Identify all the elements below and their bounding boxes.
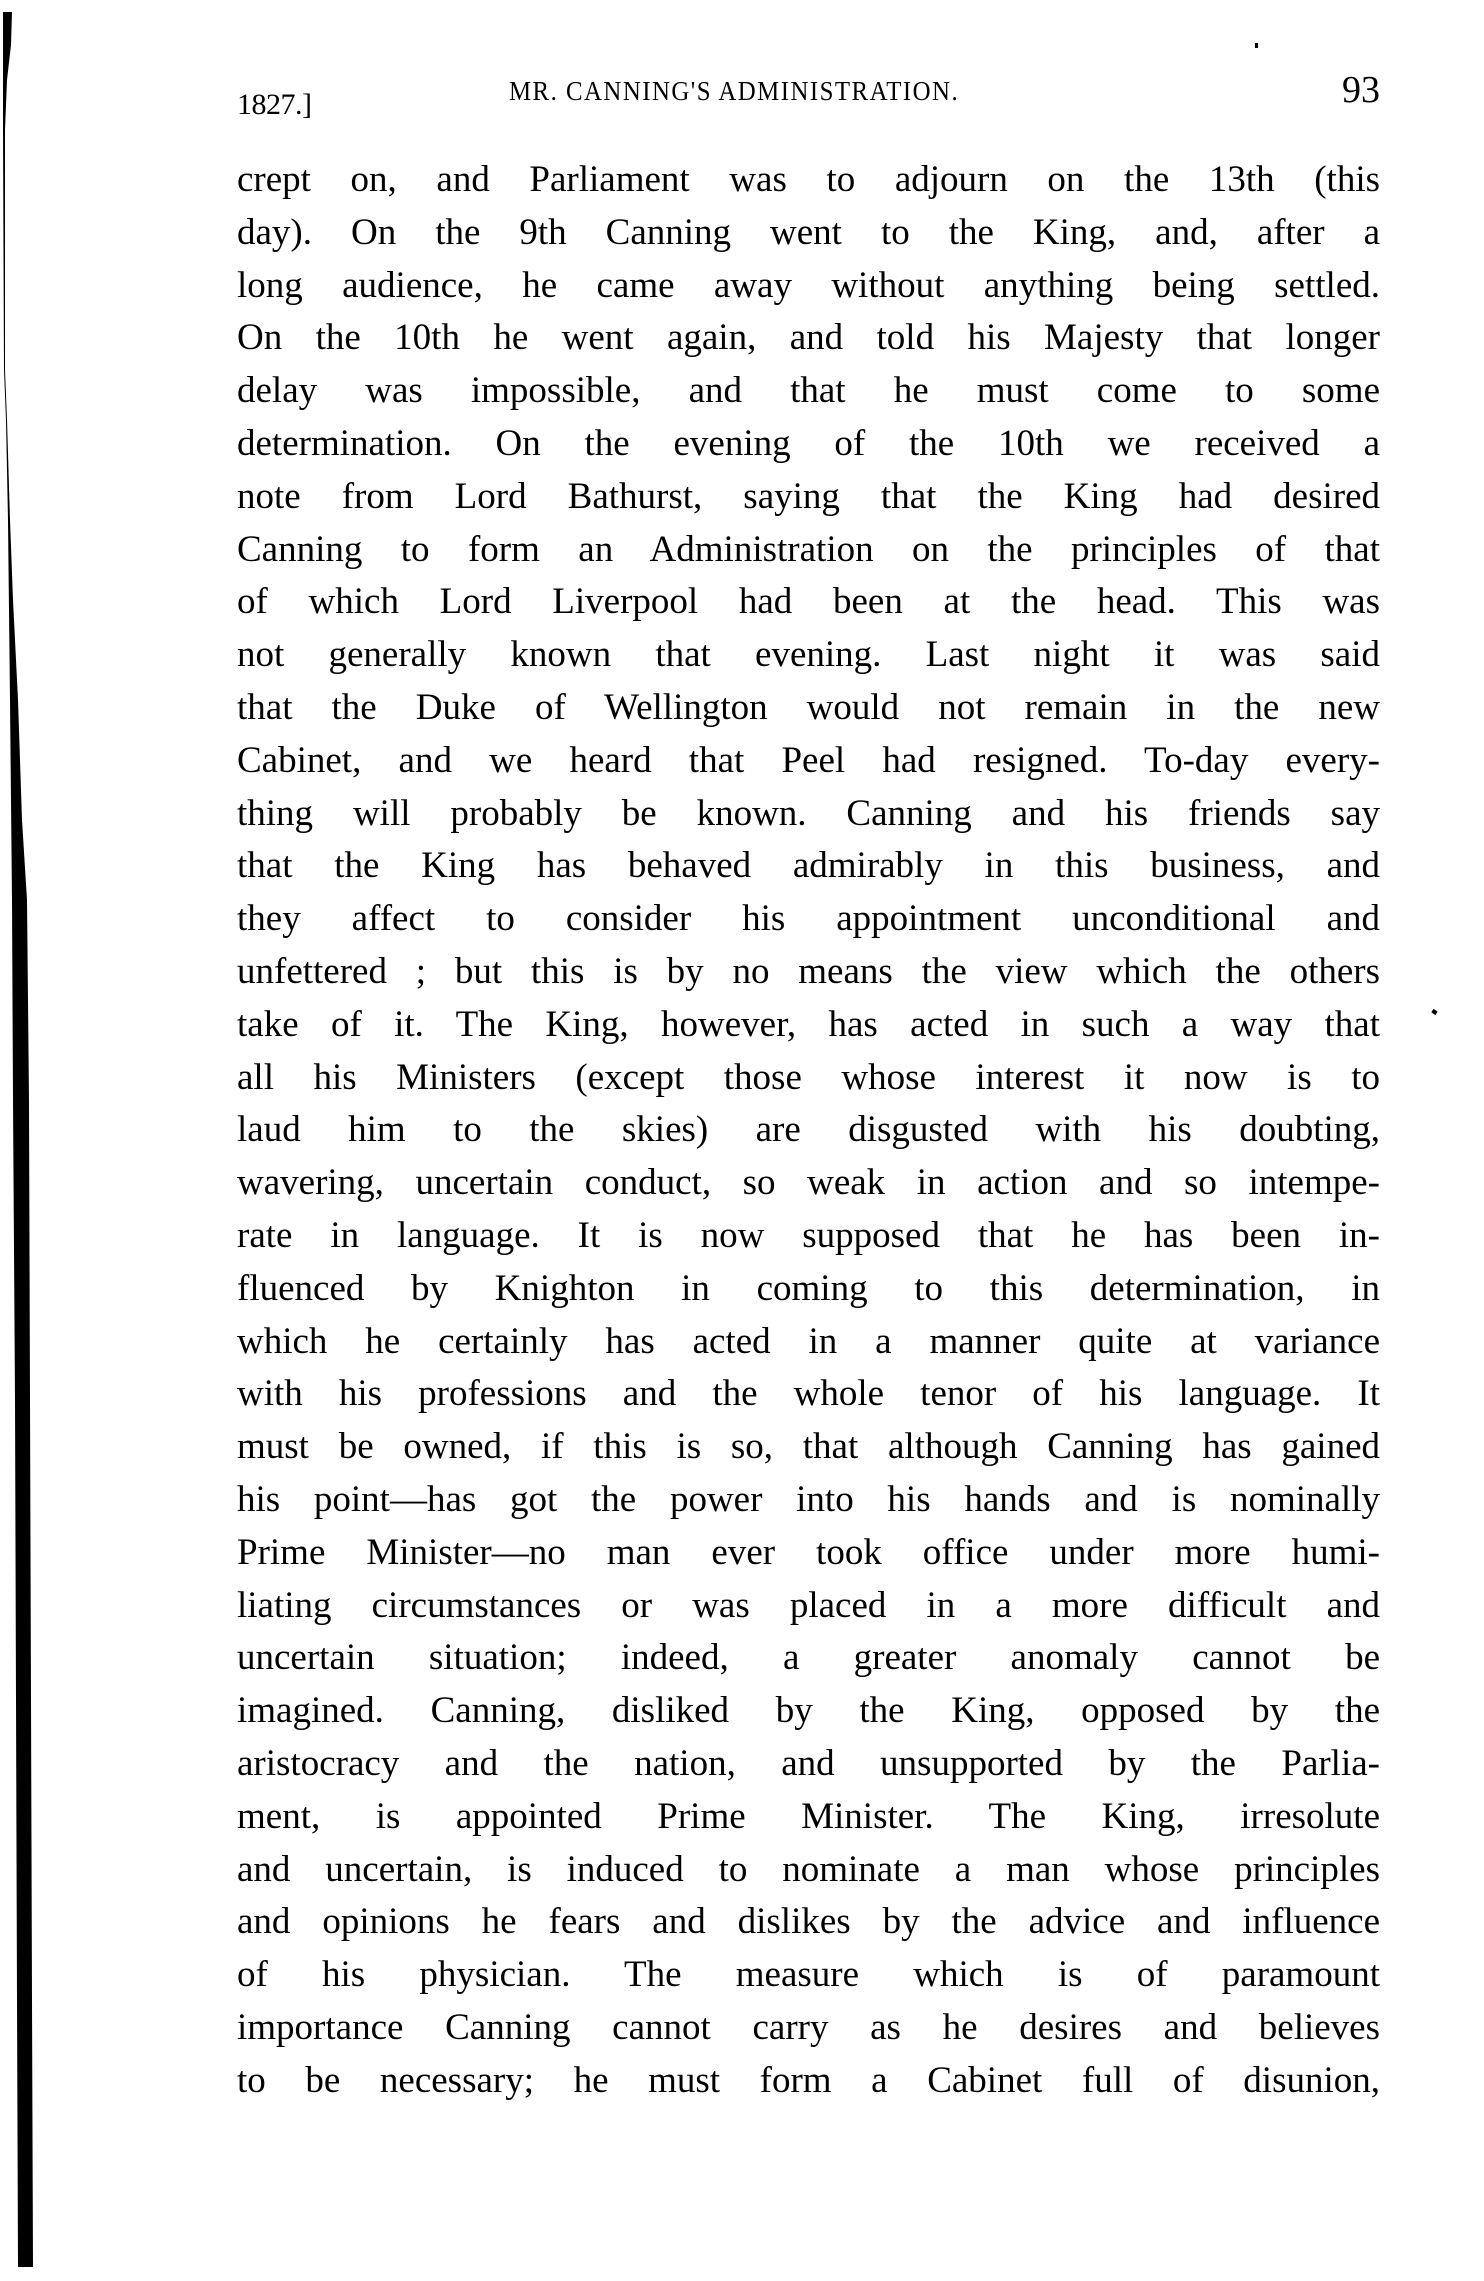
text-line: fluenced by Knighton in coming to this d… (237, 1263, 1380, 1316)
text-line: must be owned, if this is so, that altho… (237, 1421, 1380, 1474)
text-line: On the 10th he went again, and told his … (237, 312, 1380, 365)
text-line: Cabinet, and we heard that Peel had resi… (237, 735, 1380, 788)
text-line: to be necessary; he must form a Cabinet … (237, 2055, 1380, 2108)
text-line: delay was impossible, and that he must c… (237, 365, 1380, 418)
text-line: and opinions he fears and dislikes by th… (237, 1896, 1380, 1949)
text-line: laud him to the skies) are disgusted wit… (237, 1104, 1380, 1157)
running-head-year: 1827.] (237, 88, 312, 122)
text-line: not generally known that evening. Last n… (237, 629, 1380, 682)
running-head: 1827.] MR. CANNING'S ADMINISTRATION. 93 (237, 62, 1380, 132)
text-line: his point—has got the power into his han… (237, 1474, 1380, 1527)
text-line: day). On the 9th Canning went to the Kin… (237, 207, 1380, 260)
text-line: determination. On the evening of the 10t… (237, 418, 1380, 471)
page-binding-edge (0, 0, 40, 2281)
text-line: ment, is appointed Prime Minister. The K… (237, 1791, 1380, 1844)
text-line: uncertain situation; indeed, a greater a… (237, 1632, 1380, 1685)
text-line: liating circumstances or was placed in a… (237, 1580, 1380, 1633)
text-line: crept on, and Parliament was to adjourn … (237, 154, 1380, 207)
text-line: imagined. Canning, disliked by the King,… (237, 1685, 1380, 1738)
scan-speck (1431, 1009, 1437, 1015)
text-line: rate in language. It is now supposed tha… (237, 1210, 1380, 1263)
text-line: take of it. The King, however, has acted… (237, 999, 1380, 1052)
page-number: 93 (1342, 68, 1380, 112)
text-line: importance Canning cannot carry as he de… (237, 2002, 1380, 2055)
text-line: aristocracy and the nation, and unsuppor… (237, 1738, 1380, 1791)
text-line: which he certainly has acted in a manner… (237, 1316, 1380, 1369)
text-line: and uncertain, is induced to nominate a … (237, 1844, 1380, 1897)
text-line: wavering, uncertain conduct, so weak in … (237, 1157, 1380, 1210)
text-line: that the King has behaved admirably in t… (237, 840, 1380, 893)
body-text: crept on, and Parliament was to adjourn … (237, 154, 1380, 2107)
text-line: long audience, he came away without anyt… (237, 260, 1380, 313)
text-line: with his professions and the whole tenor… (237, 1368, 1380, 1421)
text-line: unfettered ; but this is by no means the… (237, 946, 1380, 999)
text-line: all his Ministers (except those whose in… (237, 1052, 1380, 1105)
text-line: they affect to consider his appointment … (237, 893, 1380, 946)
text-line: of which Lord Liverpool had been at the … (237, 576, 1380, 629)
scan-speck (1255, 43, 1258, 48)
text-line: of his physician. The measure which is o… (237, 1949, 1380, 2002)
text-line: Prime Minister—no man ever took office u… (237, 1527, 1380, 1580)
text-line: Canning to form an Administration on the… (237, 524, 1380, 577)
text-line: note from Lord Bathurst, saying that the… (237, 471, 1380, 524)
text-line: thing will probably be known. Canning an… (237, 788, 1380, 841)
running-head-title: MR. CANNING'S ADMINISTRATION. (509, 76, 959, 107)
text-line: that the Duke of Wellington would not re… (237, 682, 1380, 735)
